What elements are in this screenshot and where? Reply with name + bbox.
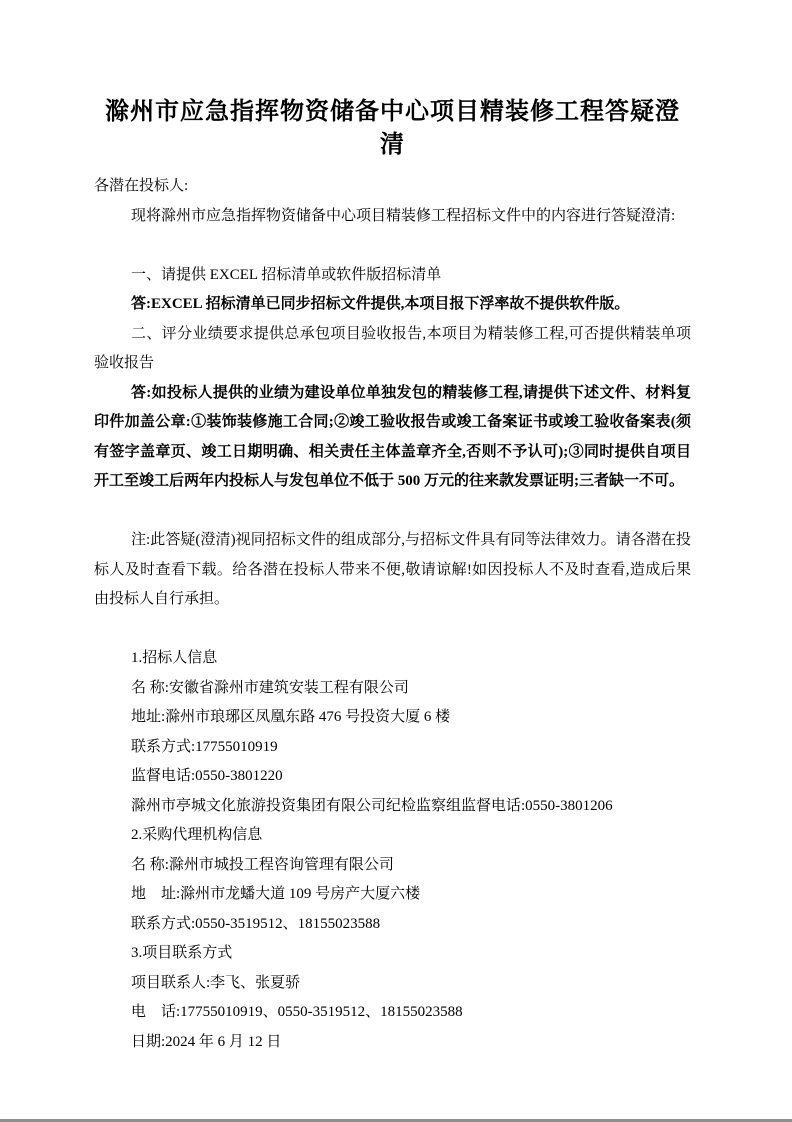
- question-2: 二、评分业绩要求提供总承包项目验收报告,本项目为精装修工程,可否提供精装单项验收…: [94, 320, 691, 379]
- contact-line-bidder-phone: 联系方式:17755010919: [94, 733, 691, 763]
- answer-1: 答:EXCEL 招标清单已同步招标文件提供,本项目报下浮率故不提供软件版。: [94, 290, 691, 320]
- contact-line-supervision-phone: 监督电话:0550-3801220: [94, 762, 691, 792]
- contact-line-project-phone: 电 话:17755010919、0550-3519512、18155023588: [94, 998, 691, 1028]
- contact-line-heading-project: 3.项目联系方式: [94, 939, 691, 969]
- contact-line-heading-agency: 2.采购代理机构信息: [94, 821, 691, 851]
- contact-line-heading-bidder: 1.招标人信息: [94, 644, 691, 674]
- contact-line-agency-name: 名 称:滁州市城投工程咨询管理有限公司: [94, 851, 691, 881]
- contact-line-agency-address: 地 址:滁州市龙蟠大道 109 号房产大厦六楼: [94, 880, 691, 910]
- document-title: 滁州市应急指挥物资储备中心项目精装修工程答疑澄清: [94, 96, 691, 162]
- contact-line-project-contacts: 项目联系人:李飞、张夏骄: [94, 969, 691, 999]
- document-body: 滁州市应急指挥物资储备中心项目精装修工程答疑澄清 各潜在投标人: 现将滁州市应急…: [94, 0, 691, 1057]
- answer-2: 答:如投标人提供的业绩为建设单位单独发包的精装修工程,请提供下述文件、材料复印件…: [94, 379, 691, 497]
- contact-line-bidder-name: 名 称:安徽省滁州市建筑安装工程有限公司: [94, 674, 691, 704]
- intro-paragraph: 现将滁州市应急指挥物资储备中心项目精装修工程招标文件中的内容进行答疑澄清:: [94, 202, 691, 232]
- contact-line-date: 日期:2024 年 6 月 12 日: [94, 1028, 691, 1058]
- contact-line-bidder-address: 地址:滁州市琅琊区凤凰东路 476 号投资大厦 6 楼: [94, 703, 691, 733]
- salutation: 各潜在投标人:: [94, 172, 691, 202]
- document-page: 滁州市应急指挥物资储备中心项目精装修工程答疑澄清 各潜在投标人: 现将滁州市应急…: [0, 0, 792, 1122]
- question-1: 一、请提供 EXCEL 招标清单或软件版招标清单: [94, 261, 691, 291]
- note-paragraph: 注:此答疑(澄清)视同招标文件的组成部分,与招标文件具有同等法律效力。请各潜在投…: [94, 526, 691, 615]
- contact-line-discipline-phone: 滁州市亭城文化旅游投资集团有限公司纪检监察组监督电话:0550-3801206: [94, 792, 691, 822]
- contact-line-agency-phone: 联系方式:0550-3519512、18155023588: [94, 910, 691, 940]
